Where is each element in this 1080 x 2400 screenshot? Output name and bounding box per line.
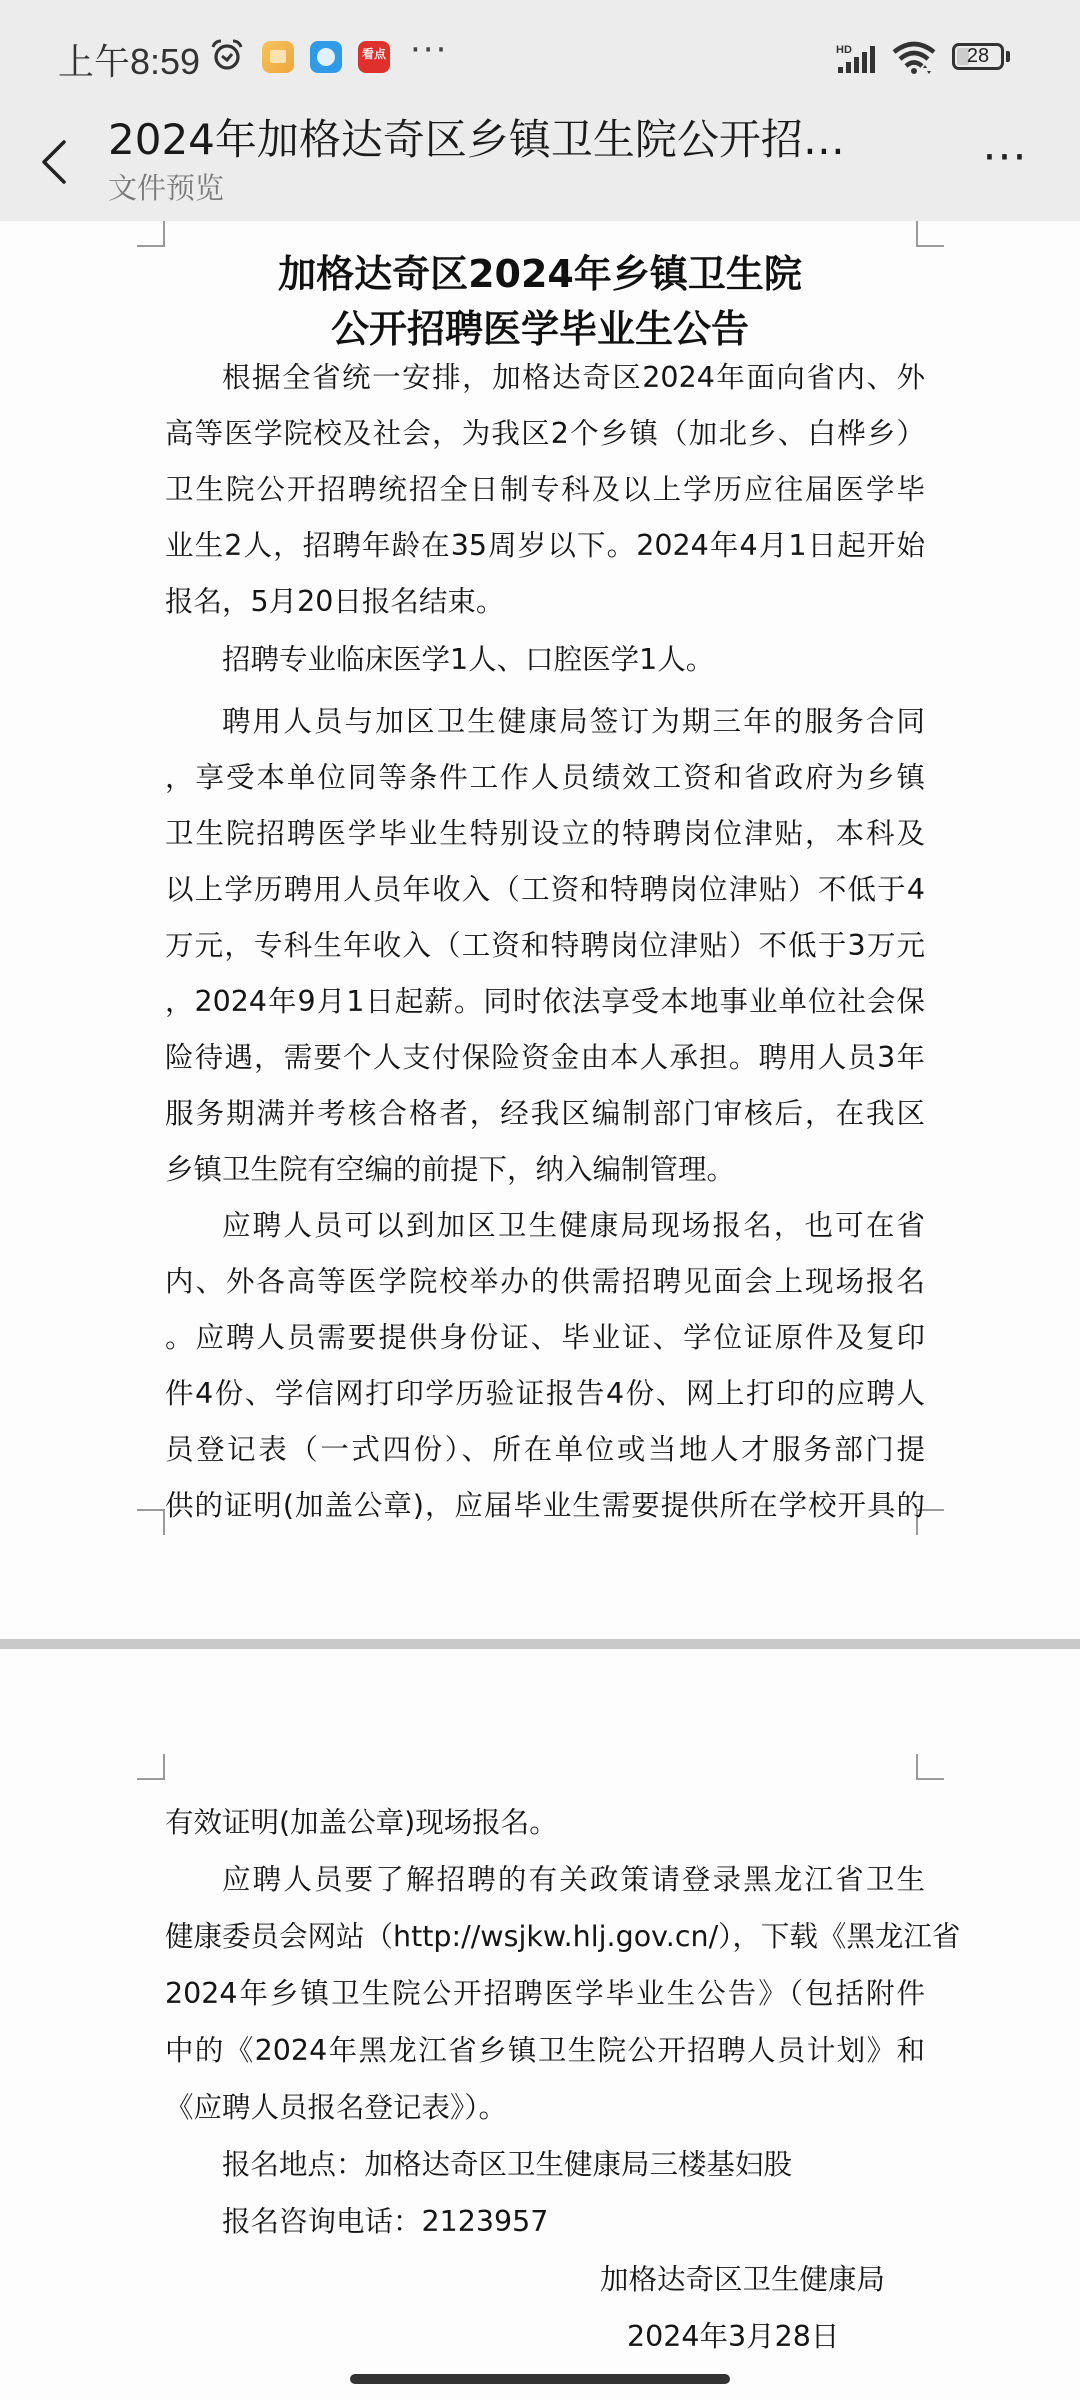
body-line: 应聘人员要了解招聘的有关政策请登录黑龙江省卫生 (222, 1852, 925, 1908)
alarm-icon (210, 38, 244, 72)
body-line: 险待遇，需要个人支付保险资金由本人承担。聘用人员3年 (165, 1030, 925, 1086)
notice-title-line-1: 加格达奇区2024年乡镇卫生院 (140, 246, 940, 302)
body-line: ，享受本单位同等条件工作人员绩效工资和省政府为乡镇 (165, 750, 925, 806)
body-line: 根据全省统一安排，加格达奇区2024年面向省内、外 (222, 350, 925, 406)
app-header: 2024年加格达奇区乡镇卫生院公开招… 文件预览 ··· (0, 110, 1080, 221)
body-line: 件4份、学信网打印学历验证报告4份、网上打印的应聘人 (165, 1366, 925, 1422)
body-line: 中的《2024年黑龙江省乡镇卫生院公开招聘人员计划》和 (165, 2023, 925, 2079)
issuer-signature: 加格达奇区卫生健康局 (600, 2252, 885, 2308)
page-margin-mark (137, 1509, 165, 1535)
document-subtitle: 文件预览 (108, 168, 224, 208)
body-line: 以上学历聘用人员年收入（工资和特聘岗位津贴）不低于4 (165, 862, 925, 918)
more-notifications-icon: ··· (410, 30, 448, 70)
body-line: 服务期满并考核合格者，经我区编制部门审核后，在我区 (165, 1086, 925, 1142)
battery-tip (1006, 51, 1010, 62)
more-options-button[interactable]: ··· (970, 138, 1040, 188)
body-line: 内、外各高等医学院校举办的供需招聘见面会上现场报名 (165, 1254, 925, 1310)
body-line: 卫生院招聘医学毕业生特别设立的特聘岗位津贴，本科及 (165, 806, 925, 862)
body-line: 供的证明(加盖公章)，应届毕业生需要提供所在学校开具的 (165, 1478, 925, 1534)
page-separator (0, 1639, 1080, 1649)
battery-icon: 28 (952, 43, 1004, 70)
page-margin-mark (916, 221, 944, 247)
page-margin-mark (916, 1754, 944, 1780)
page-margin-mark (137, 221, 165, 247)
body-line: 高等医学院校及社会，为我区2个乡镇（加北乡、白桦乡） (165, 406, 925, 462)
body-line: 2024年乡镇卫生院公开招聘医学毕业生公告》（包括附件 (165, 1966, 925, 2022)
body-line: 业生2人，招聘年龄在35周岁以下。2024年4月1日起开始 (165, 518, 925, 574)
body-line: 有效证明(加盖公章)现场报名。 (165, 1795, 925, 1851)
page-margin-mark (137, 1754, 165, 1780)
body-line: 招聘专业临床医学1人、口腔医学1人。 (222, 632, 925, 688)
issue-date: 2024年3月28日 (627, 2309, 839, 2365)
document-viewer[interactable]: 加格达奇区2024年乡镇卫生院 公开招聘医学毕业生公告 根据全省统一安排，加格达… (0, 221, 1080, 2400)
body-line: 万元，专科生年收入（工资和特聘岗位津贴）不低于3万元 (165, 918, 925, 974)
body-line: 报名，5月20日报名结束。 (165, 574, 925, 630)
body-line: 聘用人员与加区卫生健康局签订为期三年的服务合同 (222, 694, 925, 750)
status-time: 上午8:59 (58, 34, 200, 85)
registration-location: 报名地点：加格达奇区卫生健康局三楼基妇股 (222, 2137, 925, 2193)
document-title: 2024年加格达奇区乡镇卫生院公开招… (108, 112, 918, 168)
battery-level: 28 (967, 45, 989, 67)
registration-phone: 报名咨询电话：2123957 (222, 2194, 925, 2250)
home-indicator[interactable] (350, 2374, 730, 2384)
body-line: 《应聘人员报名登记表》）。 (165, 2080, 925, 2136)
wifi-icon (892, 40, 936, 76)
body-line: 健康委员会网站（http://wsjkw.hlj.gov.cn/），下载《黑龙江… (165, 1909, 925, 1965)
cellular-signal-icon: HD (836, 42, 884, 74)
body-line: 员登记表（一式四份）、所在单位或当地人才服务部门提 (165, 1422, 925, 1478)
notice-title-line-2: 公开招聘医学毕业生公告 (140, 301, 940, 357)
body-line: 应聘人员可以到加区卫生健康局现场报名，也可在省 (222, 1198, 925, 1254)
body-line: 。应聘人员需要提供身份证、毕业证、学位证原件及复印 (165, 1310, 925, 1366)
back-button[interactable] (28, 130, 82, 194)
notification-app-blue-icon (310, 41, 342, 73)
body-line: 卫生院公开招聘统招全日制专科及以上学历应往届医学毕 (165, 462, 925, 518)
svg-text:HD: HD (836, 44, 852, 56)
body-line: 乡镇卫生院有空编的前提下，纳入编制管理。 (165, 1142, 925, 1198)
notification-app-red-icon: 看点 (358, 41, 390, 73)
status-bar: 上午8:59 看点 ··· HD 28 (0, 0, 1080, 110)
notification-app-orange-icon (262, 41, 294, 73)
body-line: ，2024年9月1日起薪。同时依法享受本地事业单位社会保 (165, 974, 925, 1030)
